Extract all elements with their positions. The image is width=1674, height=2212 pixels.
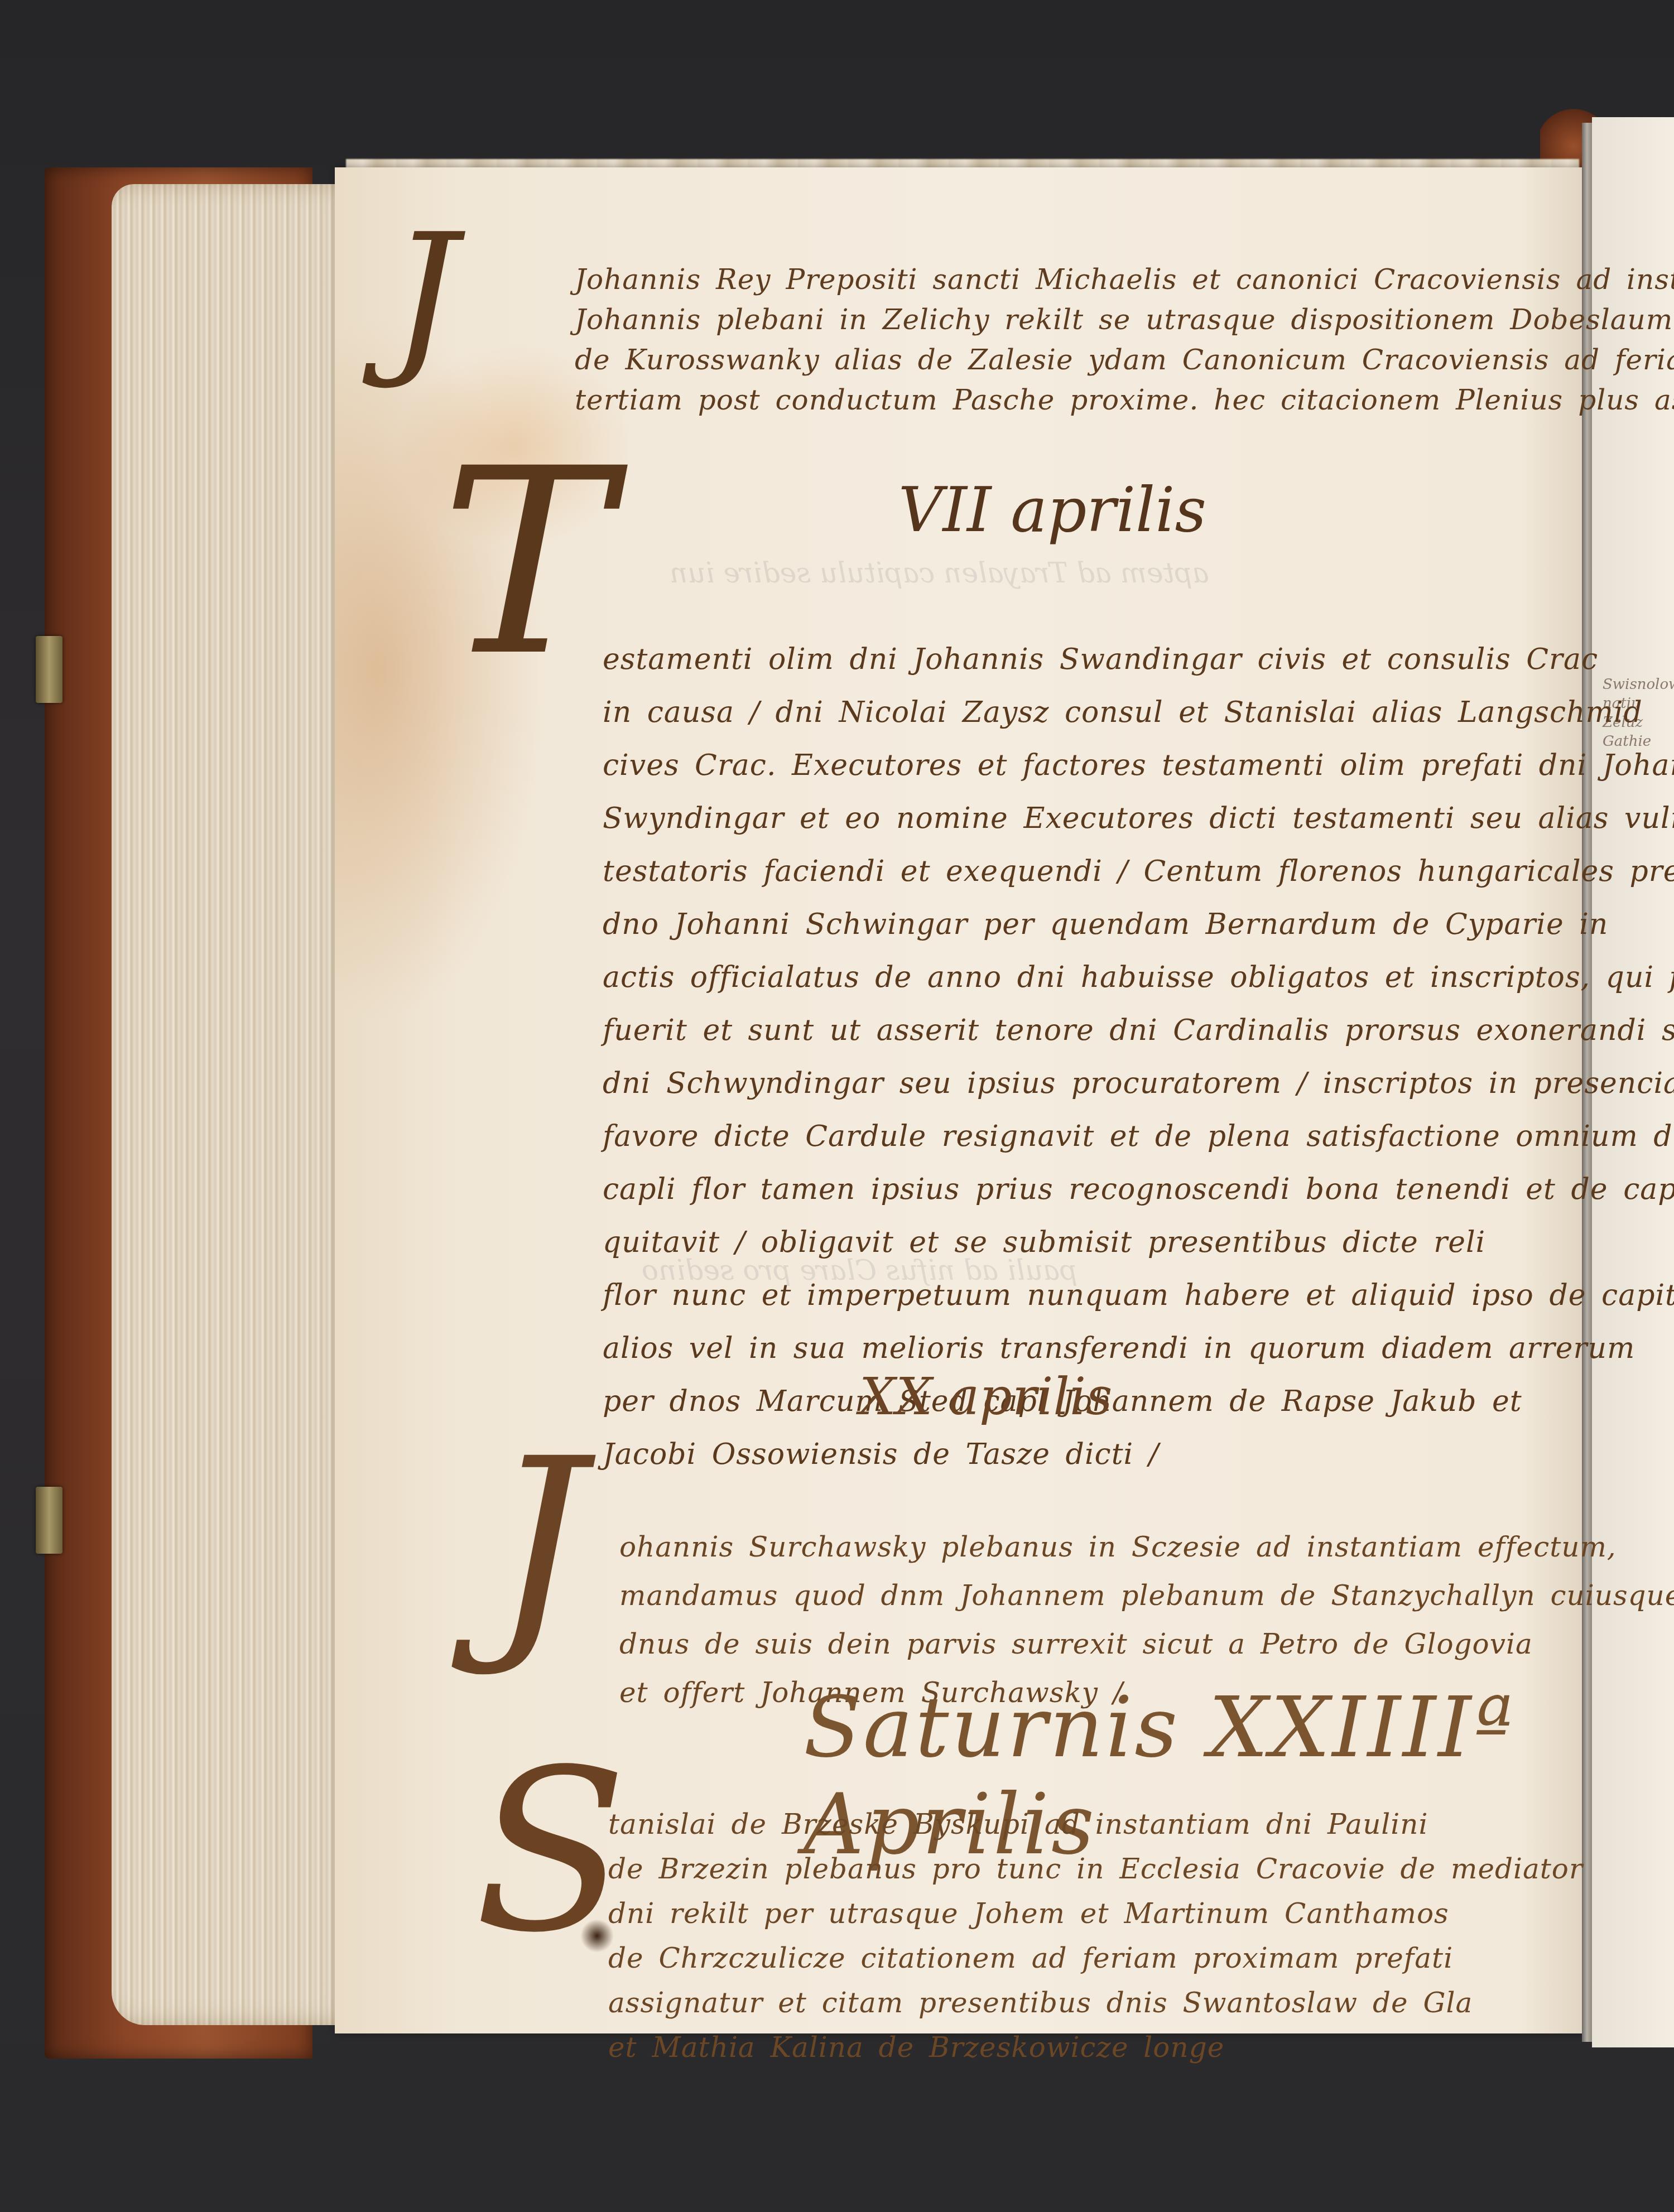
entry-line: estamenti olim dni Johannis Swandingar c…: [603, 633, 1674, 686]
brass-clasp-top: [36, 636, 62, 703]
entry-line: Johannis Rey Prepositi sancti Michaelis …: [575, 259, 1674, 300]
entry-line: Jacobi Ossowiensis de Tasze dicti /: [603, 1428, 1674, 1481]
entry-line: capli flor tamen ipsius prius recognosce…: [603, 1163, 1674, 1216]
decorated-initial-j: J: [391, 212, 458, 379]
entry-line: dni rekilt per utrasque Johem et Martinu…: [608, 1891, 1583, 1936]
entry-line: mandamus quod dnm Johannem plebanum de S…: [619, 1572, 1674, 1620]
entry-line: fuerit et sunt ut asserit tenore dni Car…: [603, 1004, 1674, 1057]
entry-line: de Chrzczulicze citationem ad feriam pro…: [608, 1936, 1583, 1980]
entry-line: Swyndingar et eo nomine Executores dicti…: [603, 792, 1674, 845]
ink-blot: [580, 1919, 614, 1953]
entry-line: in causa / dni Nicolai Zaysz consul et S…: [603, 686, 1674, 739]
entry-line: alios vel in sua melioris transferendi i…: [603, 1322, 1674, 1375]
entry-line: favore dicte Cardule resignavit et de pl…: [603, 1110, 1674, 1163]
bleed-through-text: aptem ad Trayalen capitulu sedire iun: [670, 547, 1209, 600]
entry-line: Johannis plebani in Zelichy rekilt se ut…: [575, 300, 1674, 340]
entry-line: assignatur et citam presentibus dnis Swa…: [608, 1980, 1583, 2025]
entry-line: de Kurosswanky alias de Zalesie ydam Can…: [575, 340, 1674, 380]
entry-line: tertiam post conductum Pasche proxime. h…: [575, 380, 1674, 420]
entry-line: testatoris faciendi et exequendi / Centu…: [603, 845, 1674, 898]
entry-line: flor nunc et imperpetuum nunquam habere …: [603, 1269, 1674, 1322]
page-block-edge: [112, 184, 357, 2025]
register-entry-2: estamenti olim dni Johannis Swandingar c…: [603, 633, 1674, 1481]
entry-line: et Mathia Kalina de Brzeskowicze longe: [608, 2025, 1583, 2070]
entry-line: actis officialatus de anno dni habuisse …: [603, 951, 1674, 1004]
entry-line: per dnos Marcum Sted capl Johannem de Ra…: [603, 1375, 1674, 1428]
entry-line: dnus de suis dein parvis surrexit sicut …: [619, 1620, 1674, 1669]
decorated-initial-j: J: [491, 1428, 585, 1662]
date-heading-vii-aprilis: VII aprilis: [898, 474, 1206, 546]
decorated-initial-t: T: [441, 435, 612, 692]
entry-line: ohannis Surchawsky plebanus in Sczesie a…: [619, 1523, 1674, 1572]
entry-line: de Brzezin plebanus pro tunc in Ecclesia…: [608, 1847, 1583, 1891]
brass-clasp-bottom: [36, 1487, 62, 1554]
register-entry-4: tanislai de Brzeske Byskupi ad instantia…: [608, 1802, 1583, 2070]
register-entry-1: Johannis Rey Prepositi sancti Michaelis …: [575, 259, 1674, 420]
entry-line: quitavit / obligavit et se submisit pres…: [603, 1216, 1674, 1269]
entry-line: tanislai de Brzeske Byskupi ad instantia…: [608, 1802, 1583, 1847]
date-heading-xx-aprilis: XX aprilis: [859, 1367, 1112, 1427]
entry-line: cives Crac. Executores et factores testa…: [603, 739, 1674, 792]
entry-line: dno Johanni Schwingar per quendam Bernar…: [603, 898, 1674, 951]
entry-line: dni Schwyndingar seu ipsius procuratorem…: [603, 1057, 1674, 1110]
